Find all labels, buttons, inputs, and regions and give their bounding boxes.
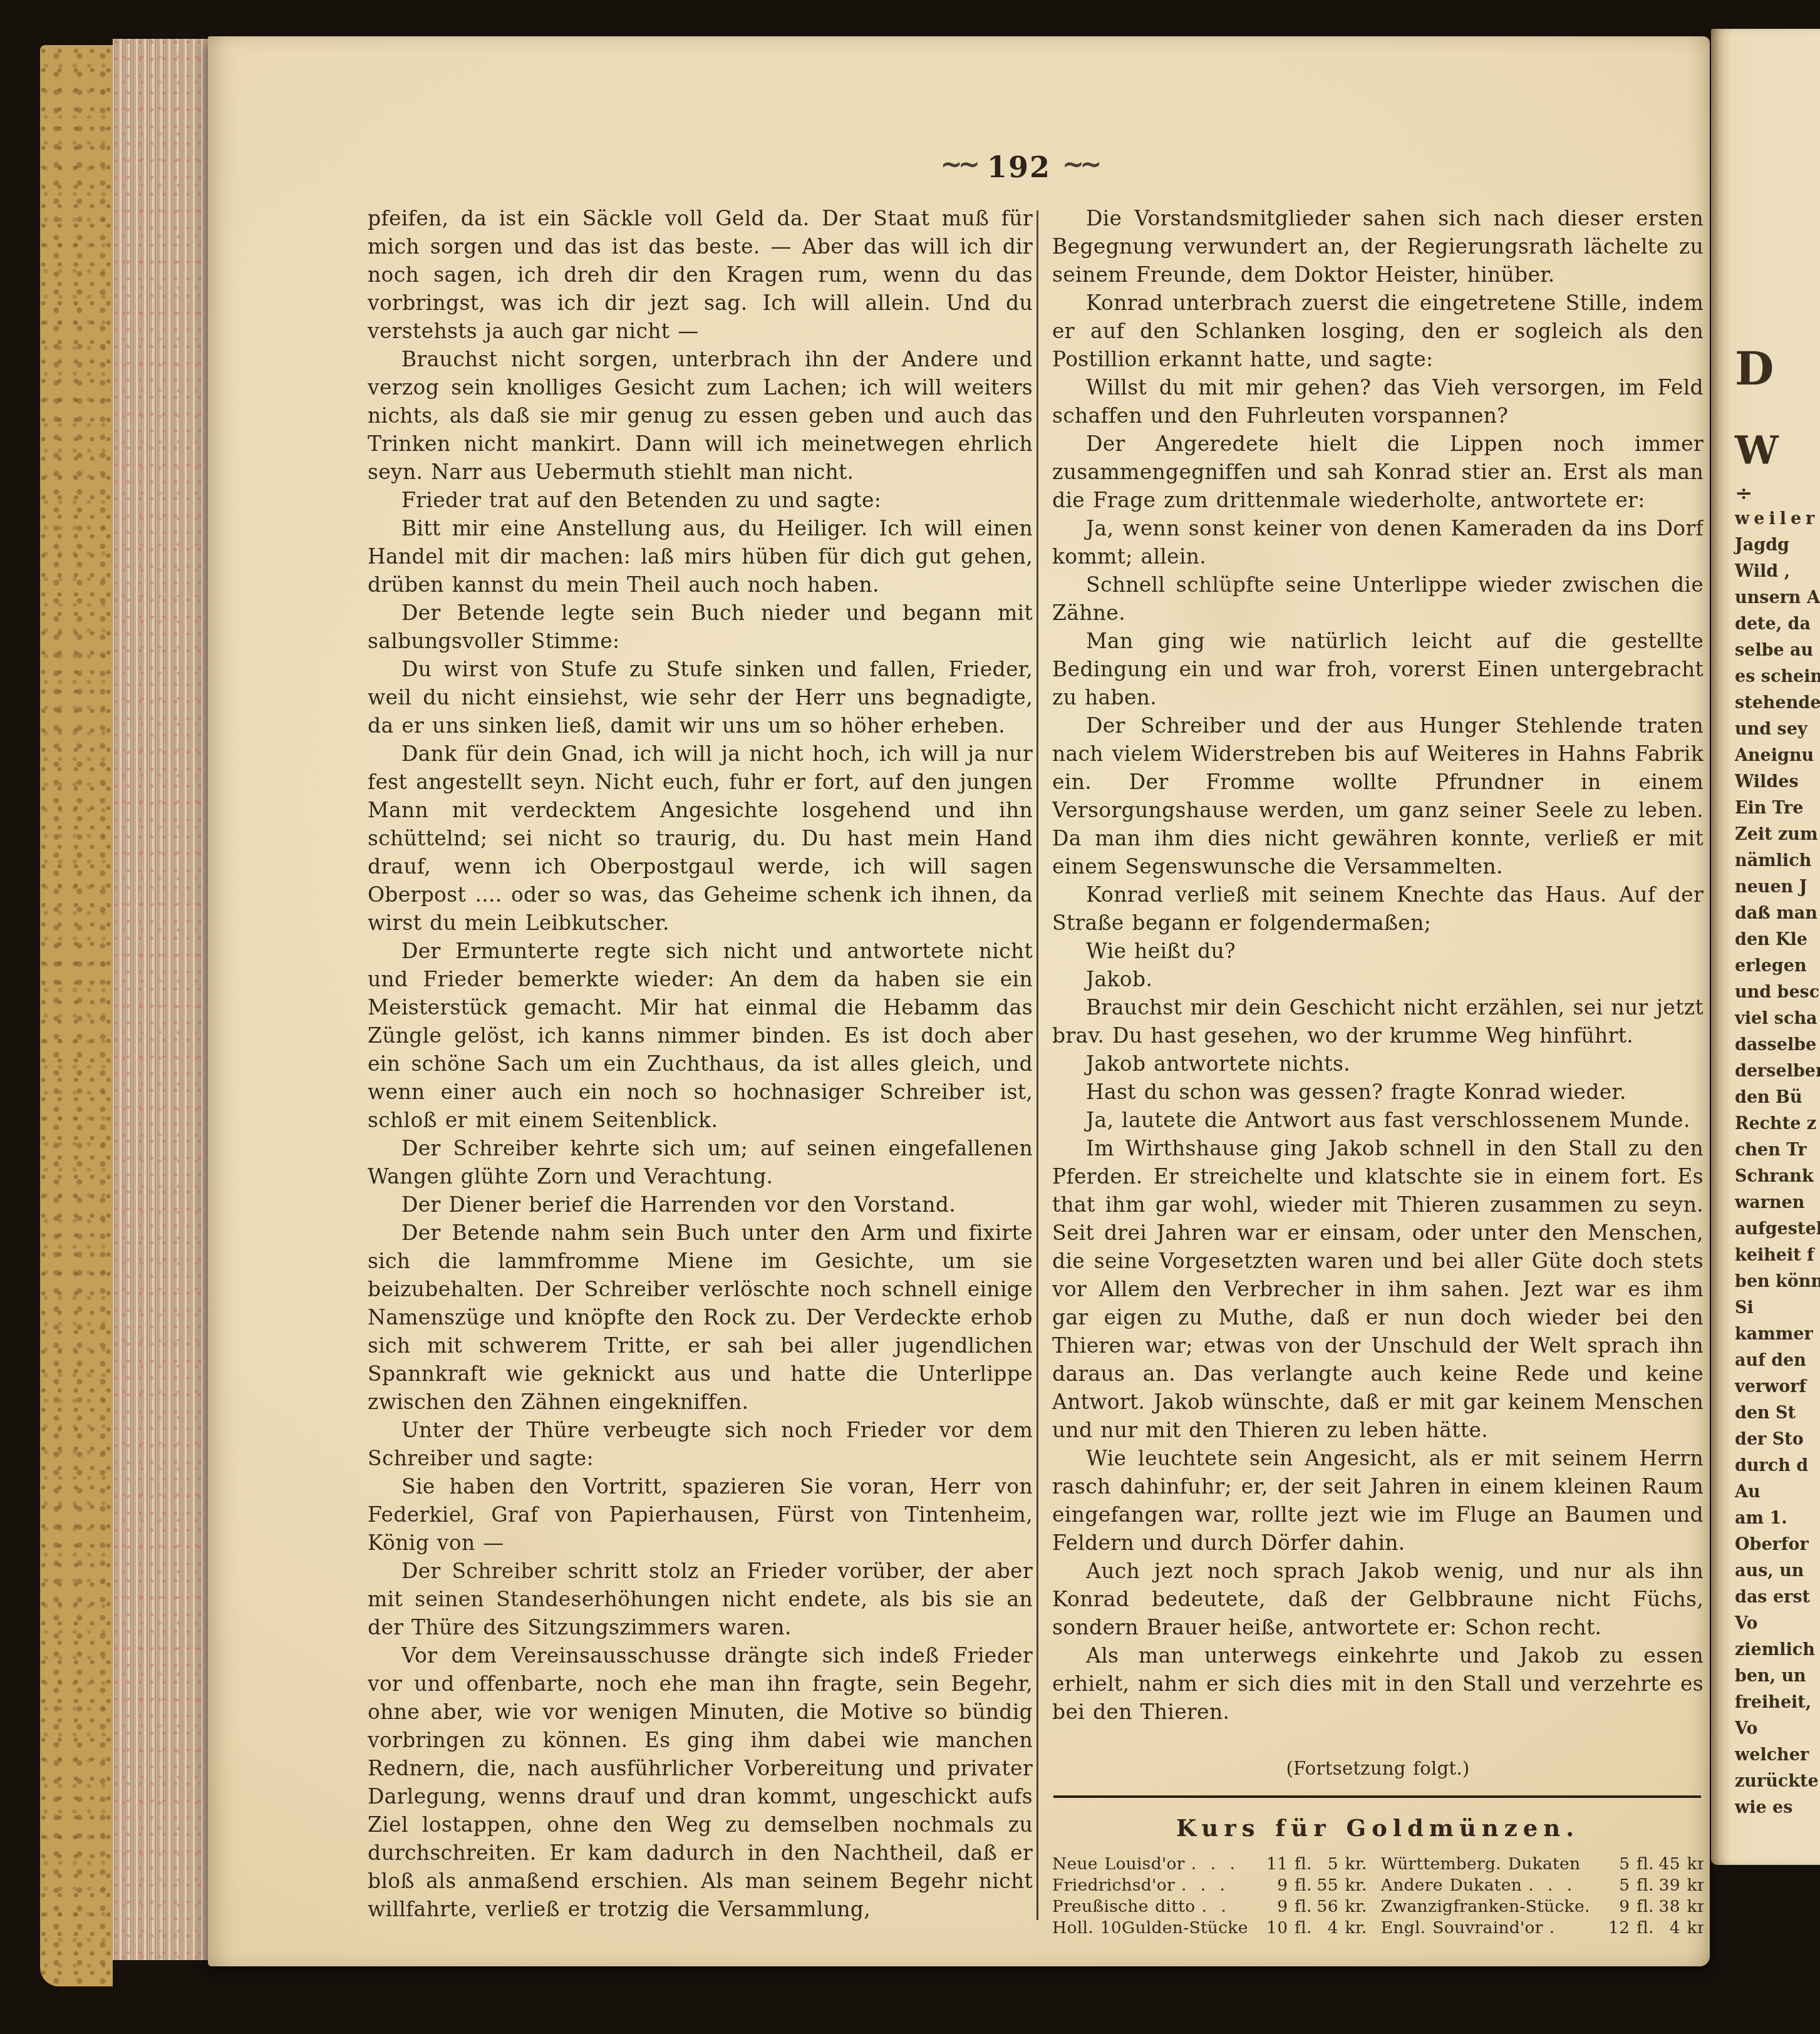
next-page-text-line: und besc	[1735, 979, 1820, 1006]
right-column: Die Vorstandsmitglieder sahen sich nach …	[1052, 204, 1704, 1939]
paragraph: pfeifen, da ist ein Säckle voll Geld da.…	[368, 204, 1033, 345]
gulden-value: 5 fl.	[1596, 1875, 1654, 1896]
paragraph: Der Schreiber und der aus Hunger Stehlen…	[1052, 711, 1704, 880]
next-page-text-line: Aneignu	[1735, 743, 1820, 769]
kreuzer-value: 45 kr.	[1654, 1854, 1704, 1875]
gold-price-row: Zwanzigfranken-Stücke.9 fl.38 kr.	[1381, 1896, 1704, 1918]
next-page-text-line: dasselbe	[1735, 1032, 1820, 1058]
gold-price-row: Holl. 10Gulden-Stücke10 fl.4 kr.	[1052, 1918, 1367, 1939]
gold-price-row: Friedrichsd'or. . .9 fl.55 kr.	[1052, 1875, 1367, 1896]
next-page-initial-w: W	[1735, 427, 1779, 473]
next-page-text-line: ben, un	[1735, 1663, 1820, 1690]
next-page-text-line: Si	[1735, 1295, 1820, 1321]
next-page-text-line: neuen J	[1735, 874, 1820, 901]
next-page-text-line: warnen	[1735, 1190, 1820, 1216]
next-page-text-line: aufgestel	[1735, 1216, 1820, 1242]
header-flourish-left: ~~	[929, 149, 987, 180]
paragraph: Schnell schlüpfte seine Unterlippe wiede…	[1052, 570, 1704, 627]
next-page-text-line: nämlich	[1735, 848, 1820, 874]
next-page-text-line: Schrank	[1735, 1164, 1820, 1190]
paragraph: Brauchst mir dein Geschicht nicht erzähl…	[1052, 993, 1704, 1050]
kreuzer-value: 4 kr.	[1654, 1918, 1704, 1939]
next-page-divider-symbol: ÷	[1735, 481, 1753, 506]
main-page: ~~192~~ pfeifen, da ist ein Säckle voll …	[208, 36, 1710, 1966]
paragraph: Brauchst nicht sorgen, unterbrach ihn de…	[368, 345, 1033, 486]
next-page-text-line: unsern A	[1735, 585, 1820, 611]
paragraph: Dank für dein Gnad, ich will ja nicht ho…	[368, 740, 1033, 937]
gold-prices-right-column: Württemberg. Dukaten5 fl.45 kr.Andere Du…	[1381, 1854, 1704, 1939]
next-page-text-line: am 1.	[1735, 1505, 1820, 1532]
coin-name: Württemberg. Dukaten	[1381, 1854, 1581, 1875]
next-page-text-line: selbe au	[1735, 638, 1820, 664]
kreuzer-value: 4 kr.	[1312, 1918, 1367, 1939]
next-page-text-line: Vo	[1735, 1716, 1820, 1742]
next-page-text-line: daß man	[1735, 901, 1820, 927]
gold-price-row: Preußische ditto. .9 fl.56 kr.	[1052, 1896, 1367, 1918]
next-page-text-line: durch d	[1735, 1453, 1820, 1479]
next-page-text-line: das erst	[1735, 1584, 1820, 1611]
dot-leader: .	[1543, 1918, 1596, 1939]
next-page-text-line: aus, un	[1735, 1558, 1820, 1584]
book-page-edges	[113, 39, 208, 1960]
next-page-text-line: Zeit zum	[1735, 822, 1820, 848]
paragraph: Willst du mit mir gehen? das Vieh versor…	[1052, 373, 1704, 430]
next-page-text-line: Wild ,	[1735, 559, 1820, 585]
paragraph: Jakob.	[1052, 965, 1704, 993]
next-page-text-line: es schein	[1735, 664, 1820, 690]
next-page-text-line: erlegen	[1735, 953, 1820, 979]
next-page-text-line: stehende	[1735, 690, 1820, 716]
next-page-text-line: Ein Tre	[1735, 795, 1820, 822]
paragraph: Wie leuchtete sein Angesicht, als er mit…	[1052, 1444, 1704, 1557]
gulden-value: 10 fl.	[1254, 1918, 1312, 1939]
next-page-text-line: Au	[1735, 1479, 1820, 1505]
next-page-text-line: dete, da	[1735, 611, 1820, 638]
gold-price-row: Neue Louisd'or. . .11 fl.5 kr.	[1052, 1854, 1367, 1875]
paragraph: Unter der Thüre verbeugte sich noch Frie…	[368, 1416, 1033, 1472]
gold-price-row: Andere Dukaten. . .5 fl.39 kr.	[1381, 1875, 1704, 1896]
next-page-text-line: den Kle	[1735, 927, 1820, 953]
next-page-initial-d: D	[1735, 342, 1774, 395]
book-cover-edge	[40, 45, 113, 1986]
paragraph: Der Schreiber schritt stolz an Frieder v…	[368, 1557, 1033, 1641]
paragraph: Ja, wenn sonst keiner von denen Kamerade…	[1052, 514, 1704, 570]
coin-name: Holl. 10Gulden-Stücke	[1052, 1918, 1248, 1939]
dot-leader	[1590, 1896, 1596, 1918]
coin-name: Neue Louisd'or	[1052, 1854, 1185, 1875]
next-page-text-line: Vo	[1735, 1611, 1820, 1637]
paragraph: Konrad unterbrach zuerst die eingetreten…	[1052, 289, 1704, 373]
next-page-text-line: derselben	[1735, 1058, 1820, 1085]
gold-prices-left-column: Neue Louisd'or. . .11 fl.5 kr.Friedrichs…	[1052, 1854, 1367, 1939]
paragraph: Hast du schon was gessen? fragte Konrad …	[1052, 1078, 1704, 1106]
next-page-text-line: weiler	[1735, 506, 1820, 532]
next-page-text-line: viel scha	[1735, 1006, 1820, 1032]
continuation-note: (Fortsetzung folgt.)	[1052, 1755, 1704, 1783]
next-page-text-line: ben könn	[1735, 1269, 1820, 1295]
paragraph: Der Ermunterte regte sich nicht und antw…	[368, 937, 1033, 1134]
next-page-text-line: und sey	[1735, 716, 1820, 743]
paragraph: Bitt mir eine Anstellung aus, du Heilige…	[368, 514, 1033, 599]
dot-leader	[1248, 1918, 1254, 1939]
section-rule	[1053, 1795, 1701, 1798]
coin-name: Friedrichsd'or	[1052, 1875, 1175, 1896]
kreuzer-value: 38 kr.	[1654, 1896, 1704, 1918]
gulden-value: 9 fl.	[1254, 1875, 1312, 1896]
next-page-text-fragments: weilerJagdgWild ,unsern Adete, daselbe a…	[1735, 506, 1820, 1821]
paragraph: Ja, lautete die Antwort aus fast verschl…	[1052, 1106, 1704, 1134]
gulden-value: 9 fl.	[1596, 1896, 1654, 1918]
page-number: 192	[987, 150, 1051, 184]
gulden-value: 11 fl.	[1254, 1854, 1312, 1875]
next-page-text-line: verworf	[1735, 1374, 1820, 1400]
gold-price-row: Württemberg. Dukaten5 fl.45 kr.	[1381, 1854, 1704, 1875]
next-page-text-line: den Bü	[1735, 1085, 1820, 1111]
coin-name: Zwanzigfranken-Stücke.	[1381, 1896, 1590, 1918]
gulden-value: 5 fl.	[1596, 1854, 1654, 1875]
next-page-text-line: Jagdg	[1735, 532, 1820, 559]
kreuzer-value: 39 kr.	[1654, 1875, 1704, 1896]
left-column: pfeifen, da ist ein Säckle voll Geld da.…	[368, 204, 1033, 1951]
next-page-text-line: der Sto	[1735, 1427, 1820, 1453]
next-page-text-line: den St	[1735, 1400, 1820, 1427]
next-page-text-line: auf den	[1735, 1348, 1820, 1374]
next-page-text-line: welcher	[1735, 1742, 1820, 1768]
paragraph: Der Schreiber kehrte sich um; auf seinen…	[368, 1134, 1033, 1190]
gold-prices-title: Kurs für Goldmünzen.	[1052, 1814, 1704, 1842]
page-header: ~~192~~	[368, 150, 1670, 184]
paragraph: Konrad verließ mit seinem Knechte das Ha…	[1052, 880, 1704, 937]
paragraph: Auch jezt noch sprach Jakob wenig, und n…	[1052, 1557, 1704, 1641]
paragraph: Jakob antwortete nichts.	[1052, 1050, 1704, 1078]
next-page-text-line: kammer	[1735, 1321, 1820, 1348]
dot-leader: . .	[1196, 1896, 1254, 1918]
next-page-text-line: ziemlich	[1735, 1637, 1820, 1663]
column-divider-rule	[1037, 210, 1038, 1920]
paragraph: Wie heißt du?	[1052, 937, 1704, 965]
kreuzer-value: 55 kr.	[1312, 1875, 1367, 1896]
paragraph: Vor dem Vereinsausschusse drängte sich i…	[368, 1641, 1033, 1923]
paragraph: Im Wirthshause ging Jakob schnell in den…	[1052, 1134, 1704, 1444]
dot-leader	[1580, 1854, 1596, 1875]
paragraph: Die Vorstandsmitglieder sahen sich nach …	[1052, 204, 1704, 289]
dot-leader: . . .	[1522, 1875, 1596, 1896]
paragraph: Als man unterwegs einkehrte und Jakob zu…	[1052, 1641, 1704, 1726]
next-page-text-line: Oberfor	[1735, 1532, 1820, 1558]
kreuzer-value: 5 kr.	[1312, 1854, 1367, 1875]
column-spacer	[1052, 1726, 1704, 1751]
paragraph: Man ging wie natürlich leicht auf die ge…	[1052, 627, 1704, 711]
next-page-text-line: freiheit,	[1735, 1690, 1820, 1716]
paragraph: Du wirst von Stufe zu Stufe sinken und f…	[368, 655, 1033, 740]
paragraph: Frieder trat auf den Betenden zu und sag…	[368, 486, 1033, 514]
paragraph: Sie haben den Vortritt, spazieren Sie vo…	[368, 1472, 1033, 1557]
paragraph: Der Betende legte sein Buch nieder und b…	[368, 599, 1033, 655]
header-flourish-right: ~~	[1051, 149, 1109, 180]
gold-prices-table: Neue Louisd'or. . .11 fl.5 kr.Friedrichs…	[1052, 1854, 1704, 1939]
gulden-value: 12 fl.	[1596, 1918, 1654, 1939]
next-page-text-line: Rechte z	[1735, 1111, 1820, 1137]
coin-name: Preußische ditto	[1052, 1896, 1196, 1918]
coin-name: Andere Dukaten	[1381, 1875, 1522, 1896]
dot-leader: . . .	[1185, 1854, 1254, 1875]
coin-name: Engl. Souvraind'or	[1381, 1918, 1543, 1939]
dot-leader: . . .	[1175, 1875, 1254, 1896]
paragraph: Der Diener berief die Harrenden vor den …	[368, 1190, 1033, 1219]
next-page-text-line: keiheit f	[1735, 1242, 1820, 1269]
next-page-text-line: chen Tr	[1735, 1137, 1820, 1164]
next-page-text-line: zurückte	[1735, 1768, 1820, 1795]
next-page-text-line: Wildes	[1735, 769, 1820, 795]
book-scan: ~~192~~ pfeifen, da ist ein Säckle voll …	[0, 0, 1820, 2034]
kreuzer-value: 56 kr.	[1312, 1896, 1367, 1918]
gold-price-row: Engl. Souvraind'or.12 fl.4 kr.	[1381, 1918, 1704, 1939]
next-page-sliver: D W ÷ weilerJagdgWild ,unsern Adete, das…	[1711, 29, 1820, 1865]
paragraph: Der Angeredete hielt die Lippen noch imm…	[1052, 430, 1704, 514]
gulden-value: 9 fl.	[1254, 1896, 1312, 1918]
paragraph: Der Betende nahm sein Buch unter den Arm…	[368, 1219, 1033, 1416]
next-page-text-line: wie es	[1735, 1795, 1820, 1821]
